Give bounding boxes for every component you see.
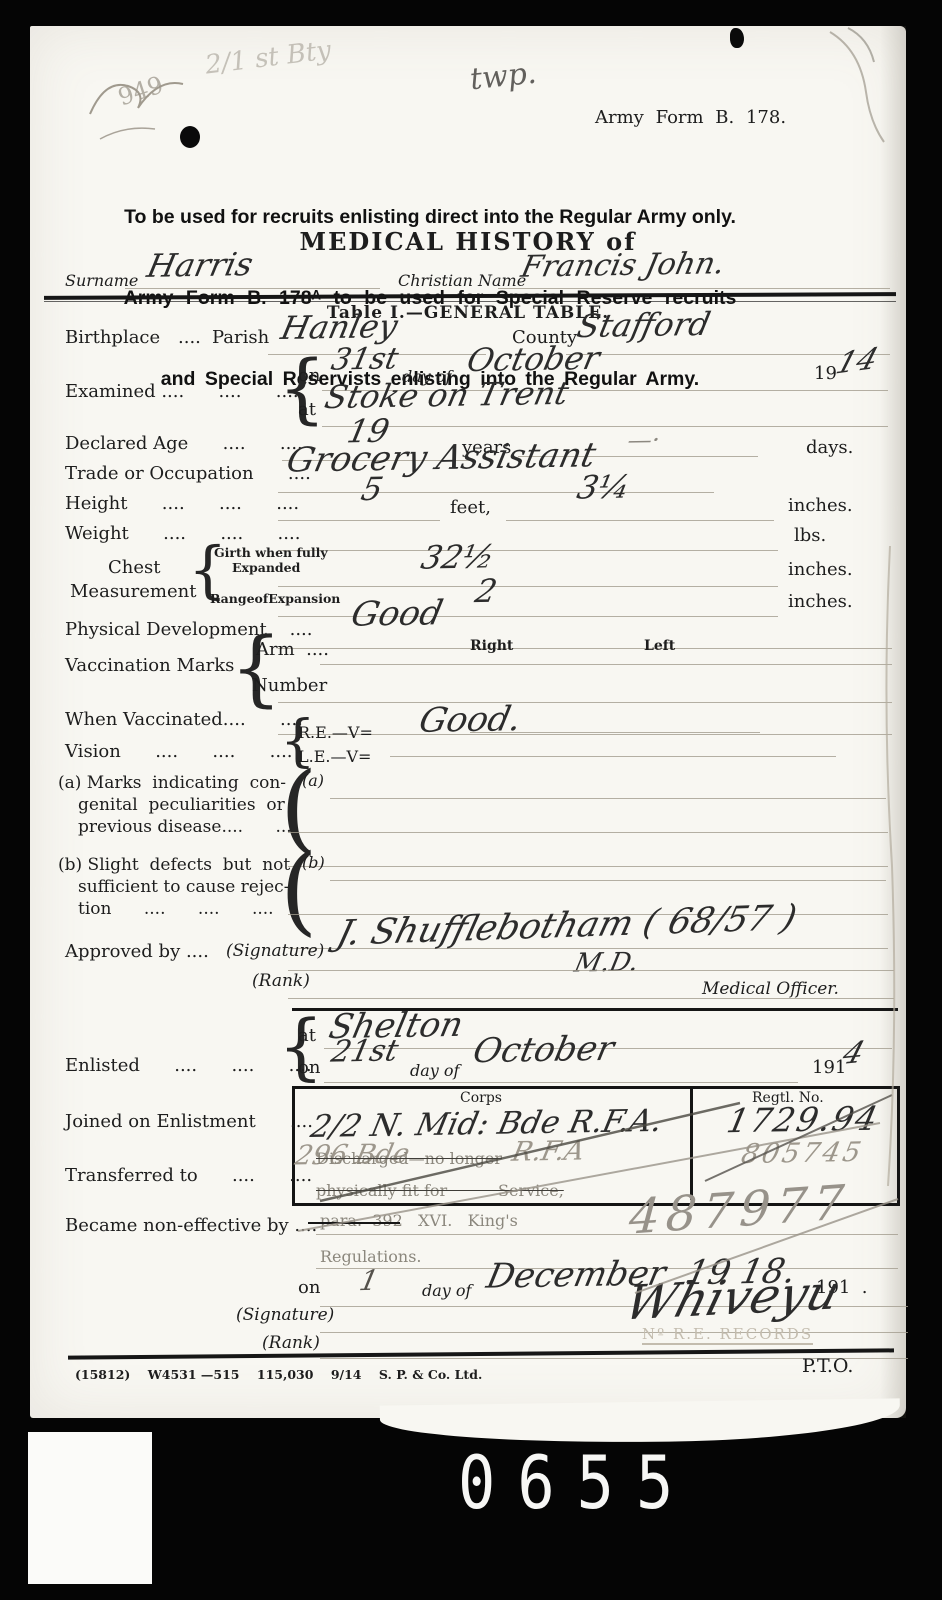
age-days-label: days. (806, 438, 853, 459)
ink-speck (730, 28, 744, 48)
defects-b-label-line2: sufficient to cause rejec- (78, 878, 289, 898)
trade-label: Trade or Occupation .... (65, 464, 311, 485)
printer-imprint: (15812) W4531 —515 115,030 9/14 S. P. & … (75, 1368, 482, 1382)
vaccination-number-label: Number (252, 676, 327, 697)
height-inches-value: 3¼ (574, 468, 634, 507)
birthplace-label: Birthplace (65, 328, 160, 349)
physical-value: Good (348, 593, 447, 635)
ink-speck (180, 126, 200, 148)
examined-at-label: at (298, 400, 316, 421)
when-vaccinated-label: When Vaccinated.... .... (65, 710, 303, 731)
column-right-label: Right (470, 638, 513, 654)
approved-rank-label: (Rank) (252, 972, 310, 992)
chest-label-line2: Measurement (70, 582, 196, 603)
chest-girth-value: 32½ (418, 537, 498, 576)
examined-label: Examined .... .... .... (65, 382, 299, 403)
signature-value: Whiveyu (619, 1265, 847, 1332)
corps-regtl-divider (690, 1086, 693, 1200)
form-number: Army Form B. 178. (595, 108, 786, 129)
examined-year-hand: 14 (832, 342, 883, 382)
transferred-label: Transferred to .... .... (65, 1166, 312, 1187)
frame-number: 0655 (458, 1439, 695, 1525)
pto-label: P.T.O. (802, 1356, 853, 1378)
examined-day-value: 31st (328, 341, 401, 377)
records-stamp: Nº R.E. RECORDS (642, 1326, 813, 1345)
weight-lbs-label: lbs. (794, 526, 826, 547)
trade-value: Grocery Assistant (283, 435, 599, 480)
enlisted-at-label: at (298, 1026, 316, 1047)
column-left-label: Left (644, 638, 675, 654)
joined-label: Joined on Enlistment .... (65, 1112, 313, 1133)
date-on-label: on (298, 1278, 320, 1299)
girth-label-line2: Expanded (232, 561, 300, 575)
marks-a-label-line3: previous disease.... .... (78, 818, 297, 838)
vision-label: Vision .... .... .... (65, 742, 293, 763)
enlisted-year-hand: 4 (838, 1035, 868, 1072)
approved-signature-label: (Signature) (226, 942, 324, 962)
girth-unit: inches. (788, 560, 853, 581)
discharged-struck-line1: Discharged—no longer (316, 1150, 502, 1168)
vision-re-label: R.E.—V= (298, 724, 373, 742)
marks-a-label-line1: (a) Marks indicating con- (58, 774, 286, 794)
pencil-ref-number: 949 (115, 72, 167, 112)
vision-value: Good. (416, 699, 526, 741)
approved-by-label: Approved by .... (65, 942, 209, 963)
regtl-entry-2: 805745 (738, 1137, 866, 1170)
chest-label-line1: Chest (108, 558, 161, 579)
examined-place-value: Stoke on Trent (321, 374, 572, 416)
date-day-of-label: day of (422, 1282, 471, 1300)
defects-b-tag: (b) (302, 854, 325, 872)
regtl-entry-1: 1729.94 (724, 1099, 883, 1141)
height-label: Height .... .... .... (65, 494, 299, 515)
corps-header: Corps (460, 1090, 502, 1106)
surname-value: Harris (144, 245, 257, 285)
height-feet-label: feet, (450, 498, 491, 519)
height-inches-label: inches. (788, 496, 853, 517)
enlisted-month-value: October (469, 1029, 617, 1071)
enlisted-on-label: on (298, 1058, 320, 1079)
age-days-dash: —· (625, 426, 663, 455)
marks-a-tag: (a) (302, 772, 324, 790)
discharged-struck-line2: physically fit for Service, (316, 1182, 564, 1200)
enlisted-day-of-label: day of (410, 1062, 459, 1080)
medical-officer-label: Medical Officer. (702, 980, 839, 1000)
range-unit: inches. (788, 592, 853, 613)
table-title: Table I.—GENERAL TABLE. (30, 304, 906, 324)
range-label: RangeofExpansion (210, 592, 340, 606)
enlisted-day-value: 21st (328, 1033, 401, 1069)
rank-label: (Rank) (262, 1334, 320, 1354)
signature-label: (Signature) (236, 1306, 334, 1326)
christian-name-value: Francis John. (518, 246, 728, 285)
scanned-document-page: { "doc": { "form_number": "Army Form B. … (0, 0, 942, 1600)
girth-label-line1: Girth when fully (214, 546, 328, 560)
form-paper: 949 2/1 st Bty twp. Army Form B. 178. To… (30, 26, 906, 1418)
examined-on-label: on (298, 366, 320, 387)
pencil-note-right: twp. (468, 57, 538, 98)
bottom-white-box (28, 1432, 152, 1584)
vaccination-arm-label: Arm .... (256, 640, 329, 661)
approved-signature-sub: M.D. (572, 947, 642, 978)
defects-b-label-line1: (b) Slight defects but not (58, 856, 290, 876)
marks-a-label-line2: genital peculiarities or (78, 796, 285, 816)
weight-label: Weight .... .... .... (65, 524, 300, 545)
declared-age-label: Declared Age .... .... (65, 434, 303, 455)
non-effective-label: Became non-effective by .... (65, 1216, 317, 1237)
parish-label: Parish (212, 328, 269, 349)
examined-month-value: October (464, 339, 604, 379)
defects-b-label-line3: tion .... .... .... (78, 900, 274, 920)
pencil-note-center: 2/1 st Bty (204, 36, 333, 81)
vaccination-label: Vaccination Marks (65, 656, 234, 677)
approved-signature-value: J. Shufflebotham ( 68/57 ) (333, 898, 801, 954)
enlisted-label: Enlisted .... .... .... (65, 1056, 312, 1077)
range-value: 2 (472, 572, 501, 610)
birthplace-dots: .... (178, 328, 201, 349)
